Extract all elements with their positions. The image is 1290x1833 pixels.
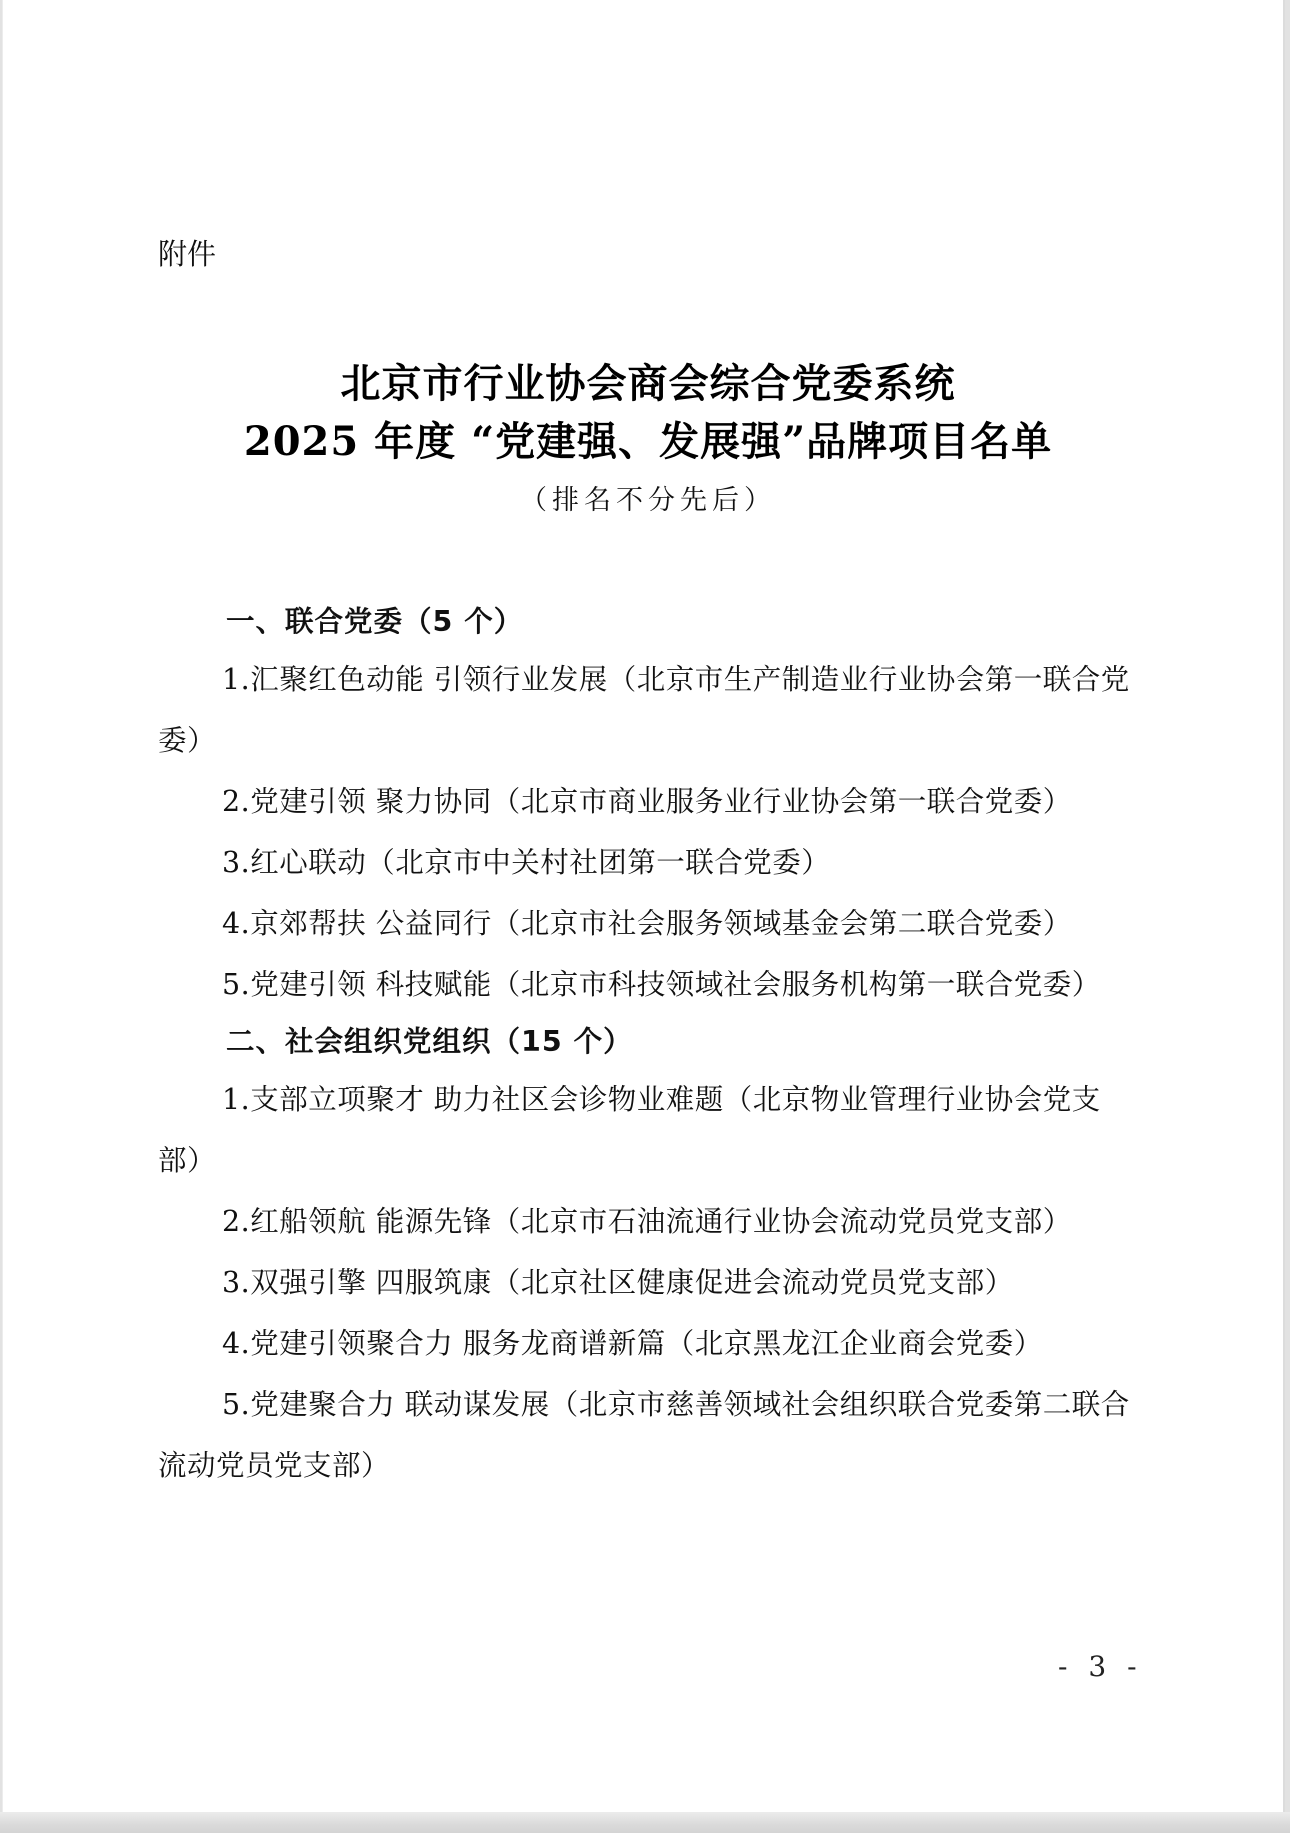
list-item: 5.党建聚合力 联动谋发展（北京市慈善领域社会组织联合党委第二联合流动党员党支部… (158, 1374, 1138, 1496)
page-bottom-shadow (0, 1812, 1290, 1833)
list-item: 2.党建引领 聚力协同（北京市商业服务业行业协会第一联合党委） (158, 771, 1138, 832)
page-number: - 3 - (1058, 1650, 1143, 1683)
list-item: 5.党建引领 科技赋能（北京市科技领域社会服务机构第一联合党委） (158, 954, 1138, 1015)
document-title-line2: 2025 年度 “党建强、发展强”品牌项目名单 (3, 410, 1290, 467)
document-body: 一、联合党委（5 个） 1.汇聚红色动能 引领行业发展（北京市生产制造业行业协会… (158, 595, 1138, 1496)
document-title-line1: 北京市行业协会商会综合党委系统 (3, 352, 1290, 409)
list-item: 4.京郊帮扶 公益同行（北京市社会服务领域基金会第二联合党委） (158, 893, 1138, 954)
list-item: 1.支部立项聚才 助力社区会诊物业难题（北京物业管理行业协会党支部） (158, 1069, 1138, 1191)
document-page: 附件 北京市行业协会商会综合党委系统 2025 年度 “党建强、发展强”品牌项目… (2, 0, 1285, 1812)
section-heading-joint-committees: 一、联合党委（5 个） (158, 595, 1138, 649)
document-subtitle: （排名不分先后） (3, 478, 1290, 517)
section-heading-social-organizations: 二、社会组织党组织（15 个） (158, 1015, 1138, 1069)
attachment-label: 附件 (158, 232, 216, 273)
list-item: 4.党建引领聚合力 服务龙商谱新篇（北京黑龙江企业商会党委） (158, 1313, 1138, 1374)
list-item: 2.红船领航 能源先锋（北京市石油流通行业协会流动党员党支部） (158, 1191, 1138, 1252)
list-item: 3.双强引擎 四服筑康（北京社区健康促进会流动党员党支部） (158, 1252, 1138, 1313)
list-item: 1.汇聚红色动能 引领行业发展（北京市生产制造业行业协会第一联合党委） (158, 649, 1138, 771)
list-item: 3.红心联动（北京市中关村社团第一联合党委） (158, 832, 1138, 893)
